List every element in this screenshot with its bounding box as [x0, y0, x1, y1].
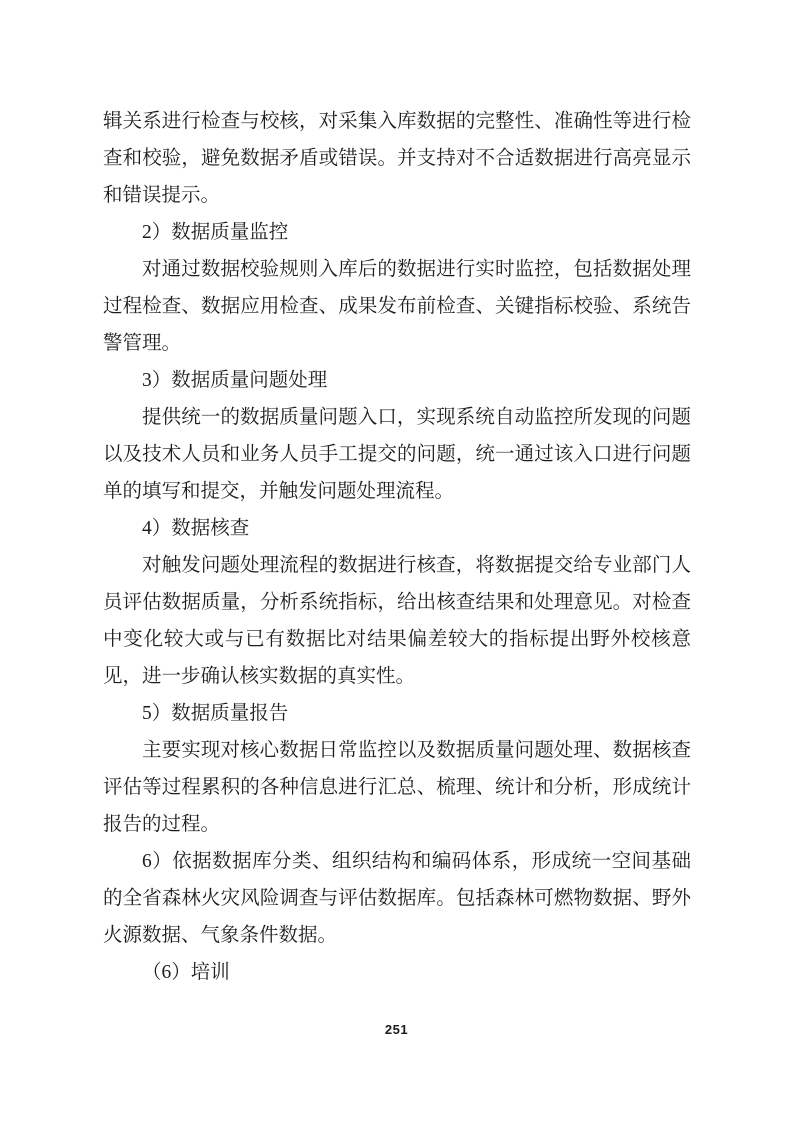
numbered-heading-3: 3）数据质量问题处理 [103, 362, 691, 399]
section-heading-training: （6）培训 [103, 954, 691, 991]
numbered-heading-5: 5）数据质量报告 [103, 695, 691, 732]
text-line: 以及技术人员和业务人员手工提交的问题，统一通过该入口进行问题 [103, 436, 691, 473]
document-page: 辑关系进行检查与校核，对采集入库数据的完整性、准确性等进行检查和校验，避免数据矛… [0, 0, 793, 1122]
text-line: 评估等过程累积的各种信息进行汇总、梳理、统计和分析，形成统计 [103, 769, 691, 806]
text-line: 对触发问题处理流程的数据进行核查，将数据提交给专业部门人 [103, 547, 691, 584]
paragraph-data-quality-monitoring: 对通过数据校验规则入库后的数据进行实时监控，包括数据处理过程检查、数据应用检查、… [103, 251, 691, 362]
text-line: 提供统一的数据质量问题入口，实现系统自动监控所发现的问题 [103, 399, 691, 436]
text-line: 辑关系进行检查与校核，对采集入库数据的完整性、准确性等进行检 [103, 103, 691, 140]
text-line: 3）数据质量问题处理 [103, 362, 691, 399]
numbered-heading-4: 4）数据核查 [103, 510, 691, 547]
text-line: 单的填写和提交，并触发问题处理流程。 [103, 473, 691, 510]
paragraph-data-verification: 对触发问题处理流程的数据进行核查，将数据提交给专业部门人员评估数据质量，分析系统… [103, 547, 691, 695]
page-body-text: 辑关系进行检查与校核，对采集入库数据的完整性、准确性等进行检查和校验，避免数据矛… [103, 103, 691, 991]
text-line: 5）数据质量报告 [103, 695, 691, 732]
text-line: 2）数据质量监控 [103, 214, 691, 251]
text-line: 4）数据核查 [103, 510, 691, 547]
text-line: 员评估数据质量，分析系统指标，给出核查结果和处理意见。对检查 [103, 584, 691, 621]
text-line: 6）依据数据库分类、组织结构和编码体系，形成统一空间基础 [103, 843, 691, 880]
text-line: 的全省森林火灾风险调查与评估数据库。包括森林可燃物数据、野外 [103, 880, 691, 917]
text-line: 警管理。 [103, 325, 691, 362]
paragraph-database-item-6: 6）依据数据库分类、组织结构和编码体系，形成统一空间基础的全省森林火灾风险调查与… [103, 843, 691, 954]
text-line: （6）培训 [103, 954, 691, 991]
text-line: 主要实现对核心数据日常监控以及数据质量问题处理、数据核查 [103, 732, 691, 769]
text-line: 和错误提示。 [103, 177, 691, 214]
paragraph-continuation: 辑关系进行检查与校核，对采集入库数据的完整性、准确性等进行检查和校验，避免数据矛… [103, 103, 691, 214]
text-line: 中变化较大或与已有数据比对结果偏差较大的指标提出野外校核意 [103, 621, 691, 658]
text-line: 查和校验，避免数据矛盾或错误。并支持对不合适数据进行高亮显示 [103, 140, 691, 177]
text-line: 报告的过程。 [103, 806, 691, 843]
paragraph-quality-issue-handling: 提供统一的数据质量问题入口，实现系统自动监控所发现的问题以及技术人员和业务人员手… [103, 399, 691, 510]
page-number: 251 [0, 1022, 793, 1037]
text-line: 对通过数据校验规则入库后的数据进行实时监控，包括数据处理 [103, 251, 691, 288]
text-line: 过程检查、数据应用检查、成果发布前检查、关键指标校验、系统告 [103, 288, 691, 325]
text-line: 火源数据、气象条件数据。 [103, 917, 691, 954]
numbered-heading-2: 2）数据质量监控 [103, 214, 691, 251]
text-line: 见，进一步确认核实数据的真实性。 [103, 658, 691, 695]
paragraph-quality-report: 主要实现对核心数据日常监控以及数据质量问题处理、数据核查评估等过程累积的各种信息… [103, 732, 691, 843]
